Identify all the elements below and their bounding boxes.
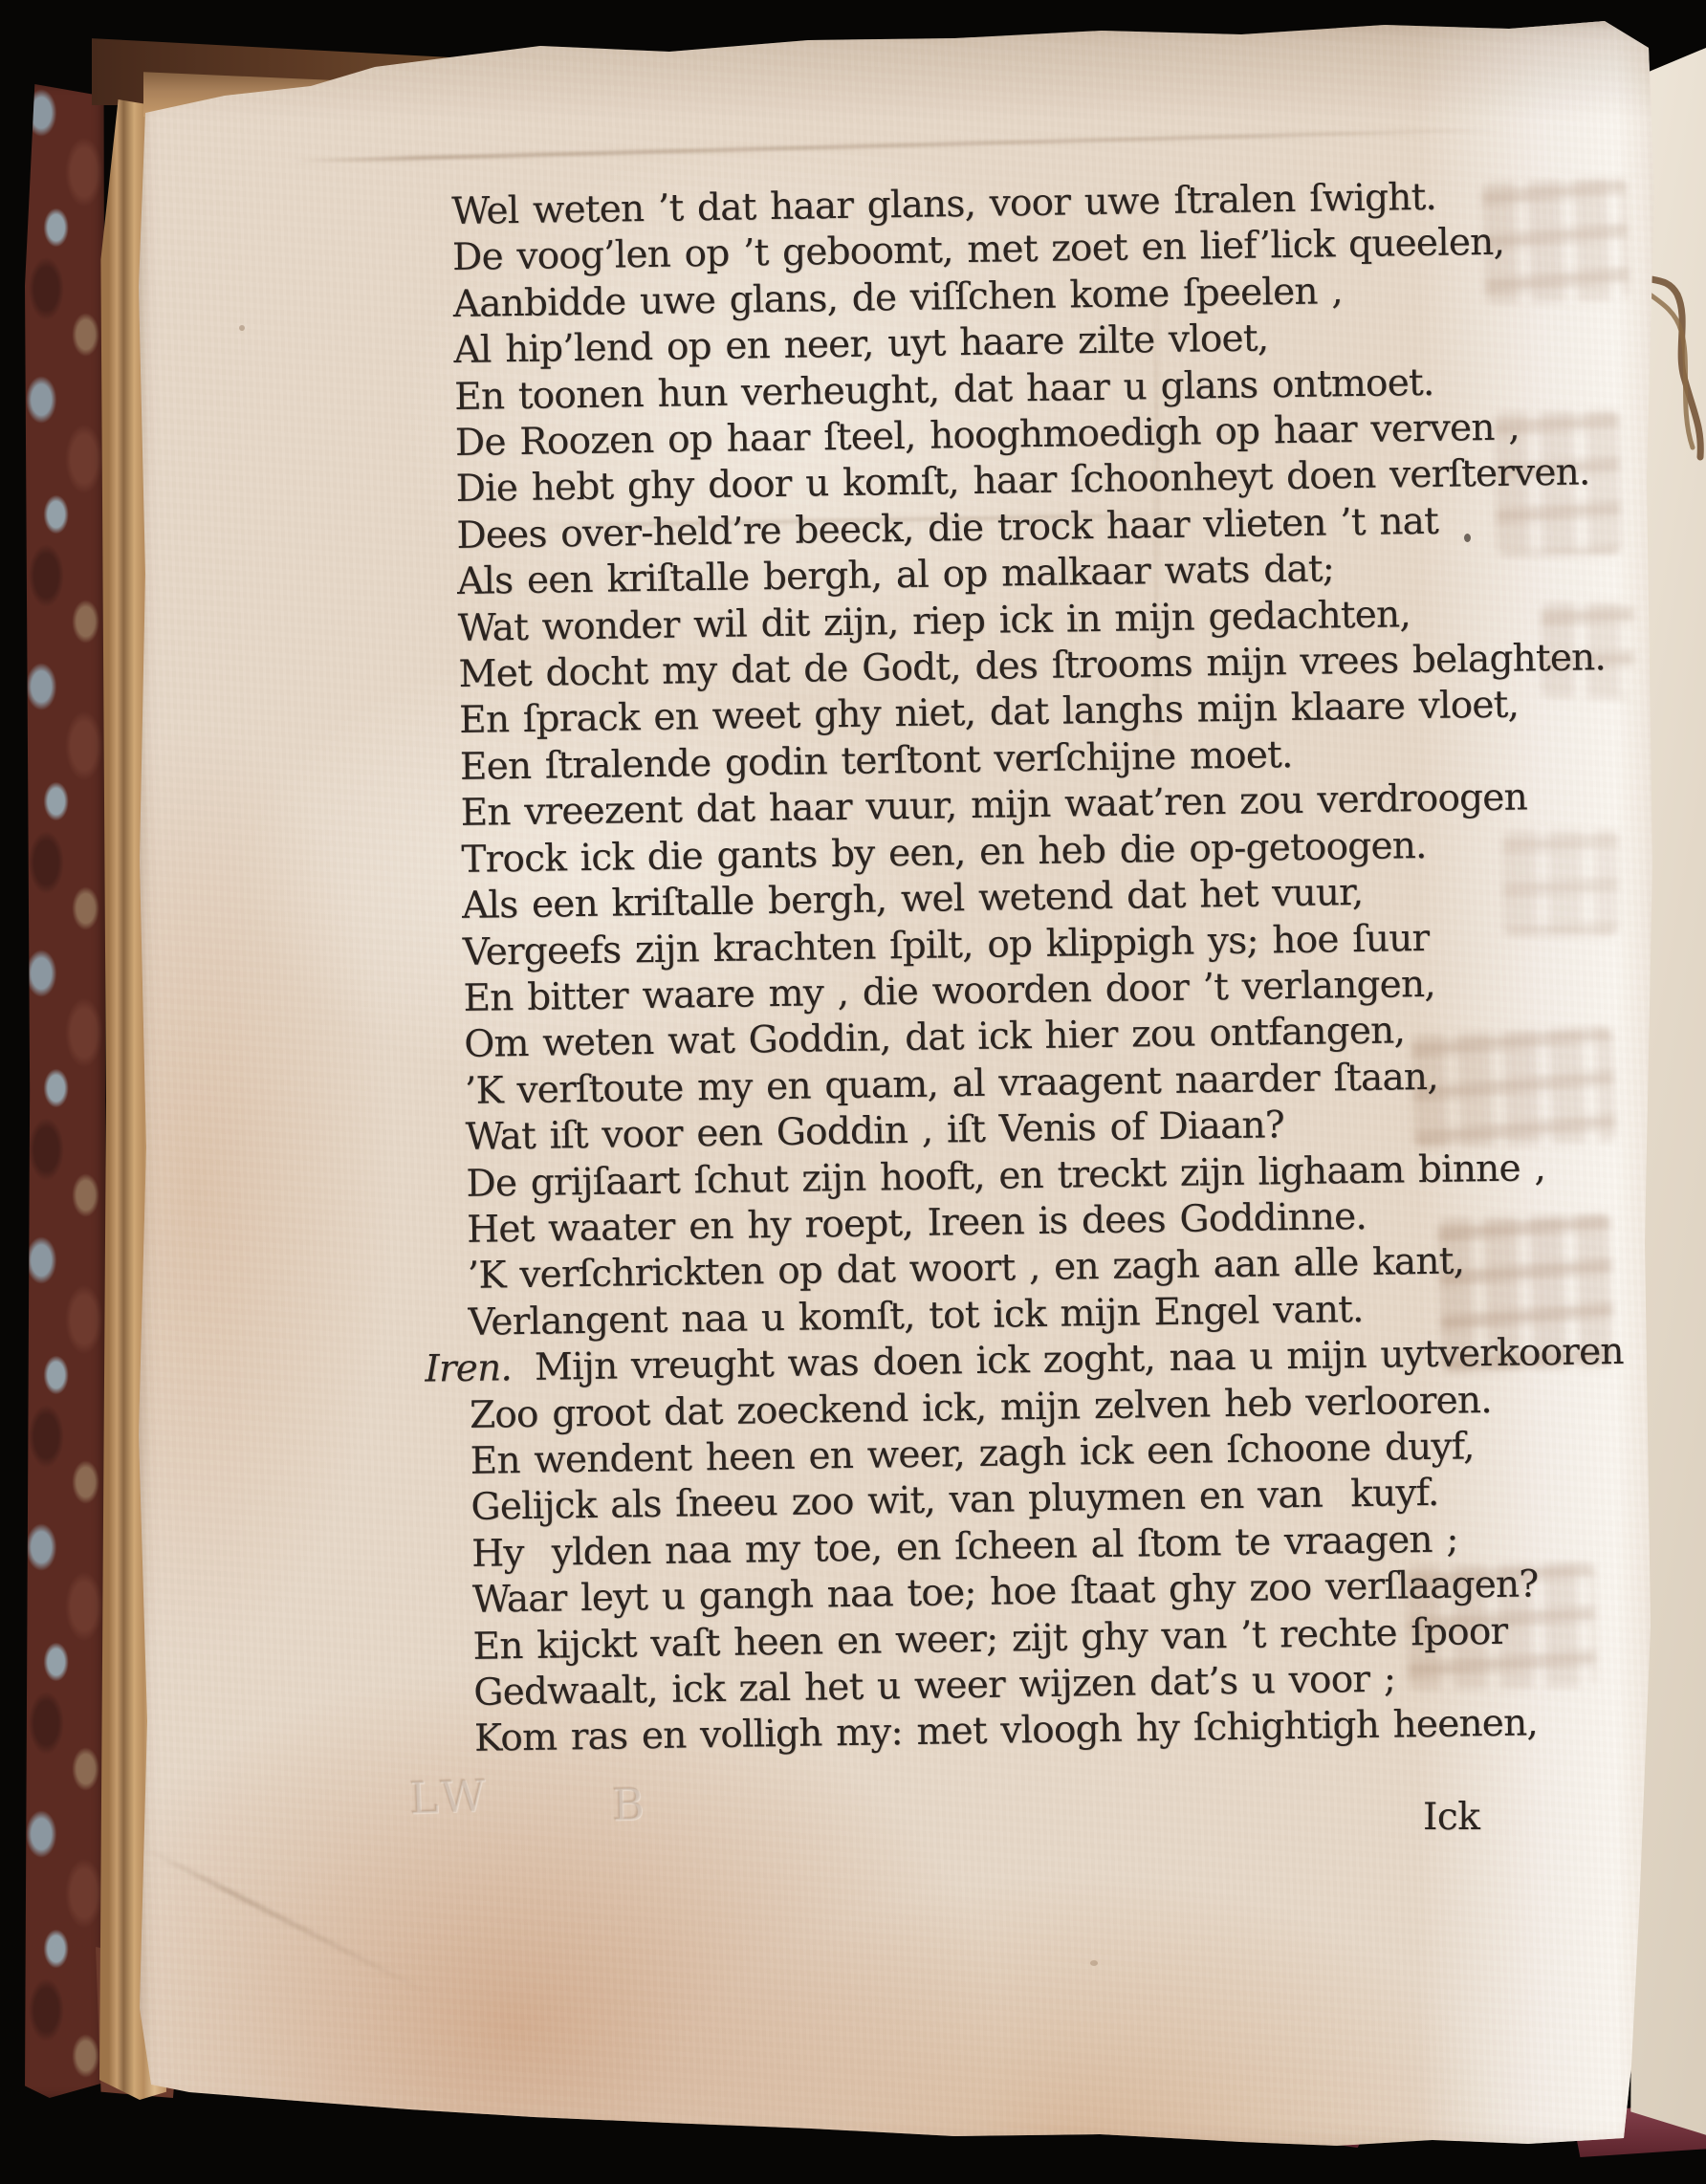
photo-of-open-book: Wel weten ’t dat haar glans, voor uwe ſt… bbox=[0, 0, 1706, 2184]
speaker-label: Iren. bbox=[425, 1346, 535, 1391]
paper-fleck bbox=[239, 325, 245, 331]
paper-fleck bbox=[1090, 1960, 1098, 1966]
marbled-cover-edge bbox=[25, 84, 107, 2098]
embossed-stamp-right: B bbox=[612, 1779, 651, 1831]
poem-lines: Wel weten ’t dat haar glans, voor uwe ſt… bbox=[451, 172, 1660, 1763]
catchword: Ick bbox=[1423, 1796, 1479, 1839]
embossed-stamp-left: LW bbox=[408, 1770, 492, 1824]
